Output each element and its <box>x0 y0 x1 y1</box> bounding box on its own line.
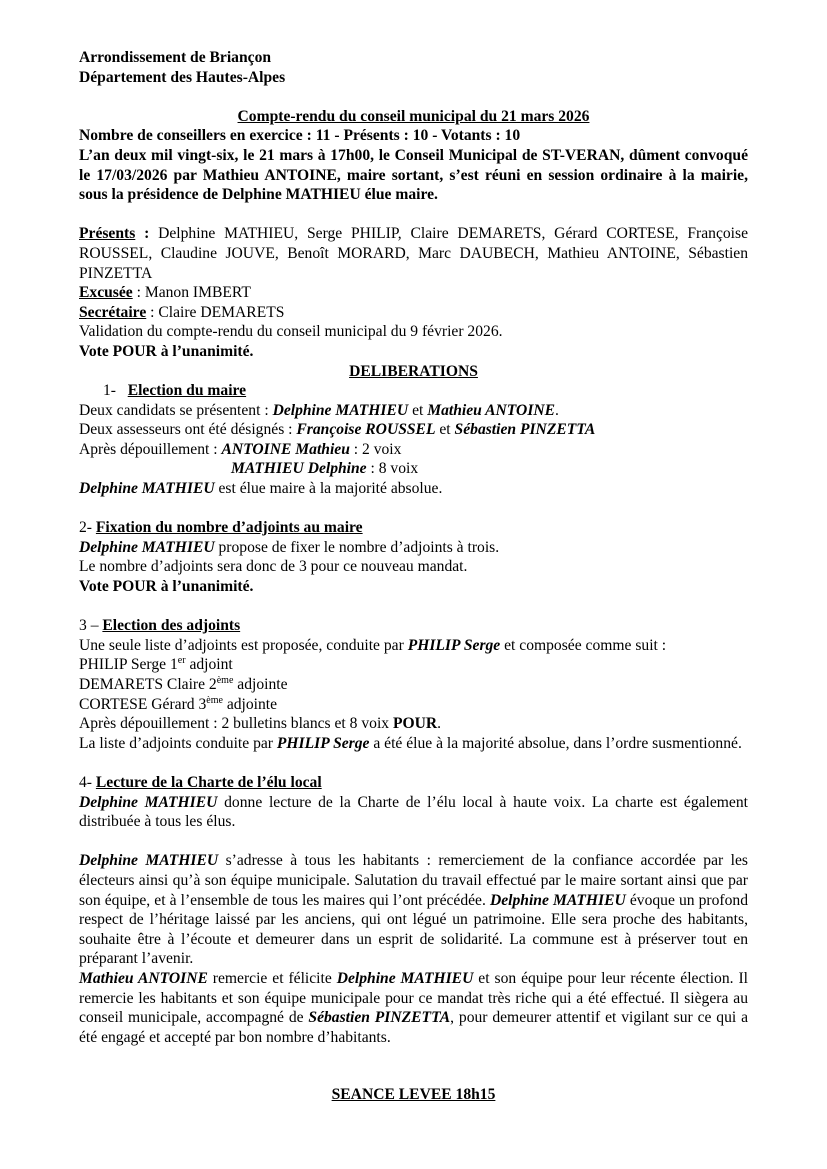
section1-candidates: Deux candidats se présentent : Delphine … <box>79 401 748 421</box>
section4-title: Lecture de la Charte de l’élu local <box>96 774 322 791</box>
section4-paragraph-3: Mathieu ANTOINE remercie et félicite Del… <box>79 969 748 1047</box>
header-departement: Département des Hautes-Alpes <box>79 68 748 88</box>
section3-list-intro: Une seule liste d’adjoints est proposée,… <box>79 636 748 656</box>
secretaire-line: Secrétaire : Claire DEMARETS <box>79 303 748 323</box>
presents-list: Delphine MATHIEU, Serge PHILIP, Claire D… <box>79 225 748 281</box>
section3-title: Election des adjoints <box>102 617 240 634</box>
section2-title: Fixation du nombre d’adjoints au maire <box>96 519 363 536</box>
document-page: Arrondissement de Briançon Département d… <box>79 48 748 1105</box>
section3-result: Après dépouillement : 2 bulletins blancs… <box>79 714 748 734</box>
section2-proposal: Delphine MATHIEU propose de fixer le nom… <box>79 538 748 558</box>
section1-result-antoine: Après dépouillement : ANTOINE Mathieu : … <box>79 440 748 460</box>
adjoint-item: DEMARETS Claire 2ème adjointe <box>79 675 748 695</box>
vote-line: Vote POUR à l’unanimité. <box>79 342 748 362</box>
section3-heading: 3 – Election des adjoints <box>79 616 748 636</box>
adjoint-item: CORTESE Gérard 3ème adjointe <box>79 695 748 715</box>
header-arrondissement: Arrondissement de Briançon <box>79 48 748 68</box>
section4-heading: 4- Lecture de la Charte de l’élu local <box>79 773 748 793</box>
section2-heading: 2- Fixation du nombre d’adjoints au mair… <box>79 518 748 538</box>
presents-line: Présents : Delphine MATHIEU, Serge PHILI… <box>79 224 748 283</box>
adjoint-item: PHILIP Serge 1er adjoint <box>79 655 748 675</box>
section4-paragraph-1: Delphine MATHIEU donne lecture de la Cha… <box>79 793 748 832</box>
section4-paragraph-2: Delphine MATHIEU s’adresse à tous les ha… <box>79 851 748 969</box>
closing-line: SEANCE LEVEE 18h15 <box>79 1085 748 1105</box>
presents-label: Présents <box>79 225 135 242</box>
intro-paragraph: L’an deux mil vingt-six, le 21 mars à 17… <box>79 146 748 205</box>
section1-result-mathieu: MATHIEU Delphine : 8 voix <box>79 459 748 479</box>
section1-conclusion: Delphine MATHIEU est élue maire à la maj… <box>79 479 748 499</box>
section2-number: Le nombre d’adjoints sera donc de 3 pour… <box>79 557 748 577</box>
section2-vote: Vote POUR à l’unanimité. <box>79 577 748 597</box>
section1-assessors: Deux assesseurs ont été désignés : Franç… <box>79 420 748 440</box>
excusee-line: Excusée : Manon IMBERT <box>79 283 748 303</box>
section1-title: Election du maire <box>128 382 246 399</box>
document-title: Compte-rendu du conseil municipal du 21 … <box>79 107 748 127</box>
section1-heading: 1- Election du maire <box>79 381 748 401</box>
secretaire-label: Secrétaire <box>79 304 146 321</box>
deliberations-heading: DELIBERATIONS <box>79 362 748 382</box>
excusee-label: Excusée <box>79 284 133 301</box>
validation-line: Validation du compte-rendu du conseil mu… <box>79 322 748 342</box>
council-counts: Nombre de conseillers en exercice : 11 -… <box>79 126 748 146</box>
section3-conclusion: La liste d’adjoints conduite par PHILIP … <box>79 734 748 754</box>
